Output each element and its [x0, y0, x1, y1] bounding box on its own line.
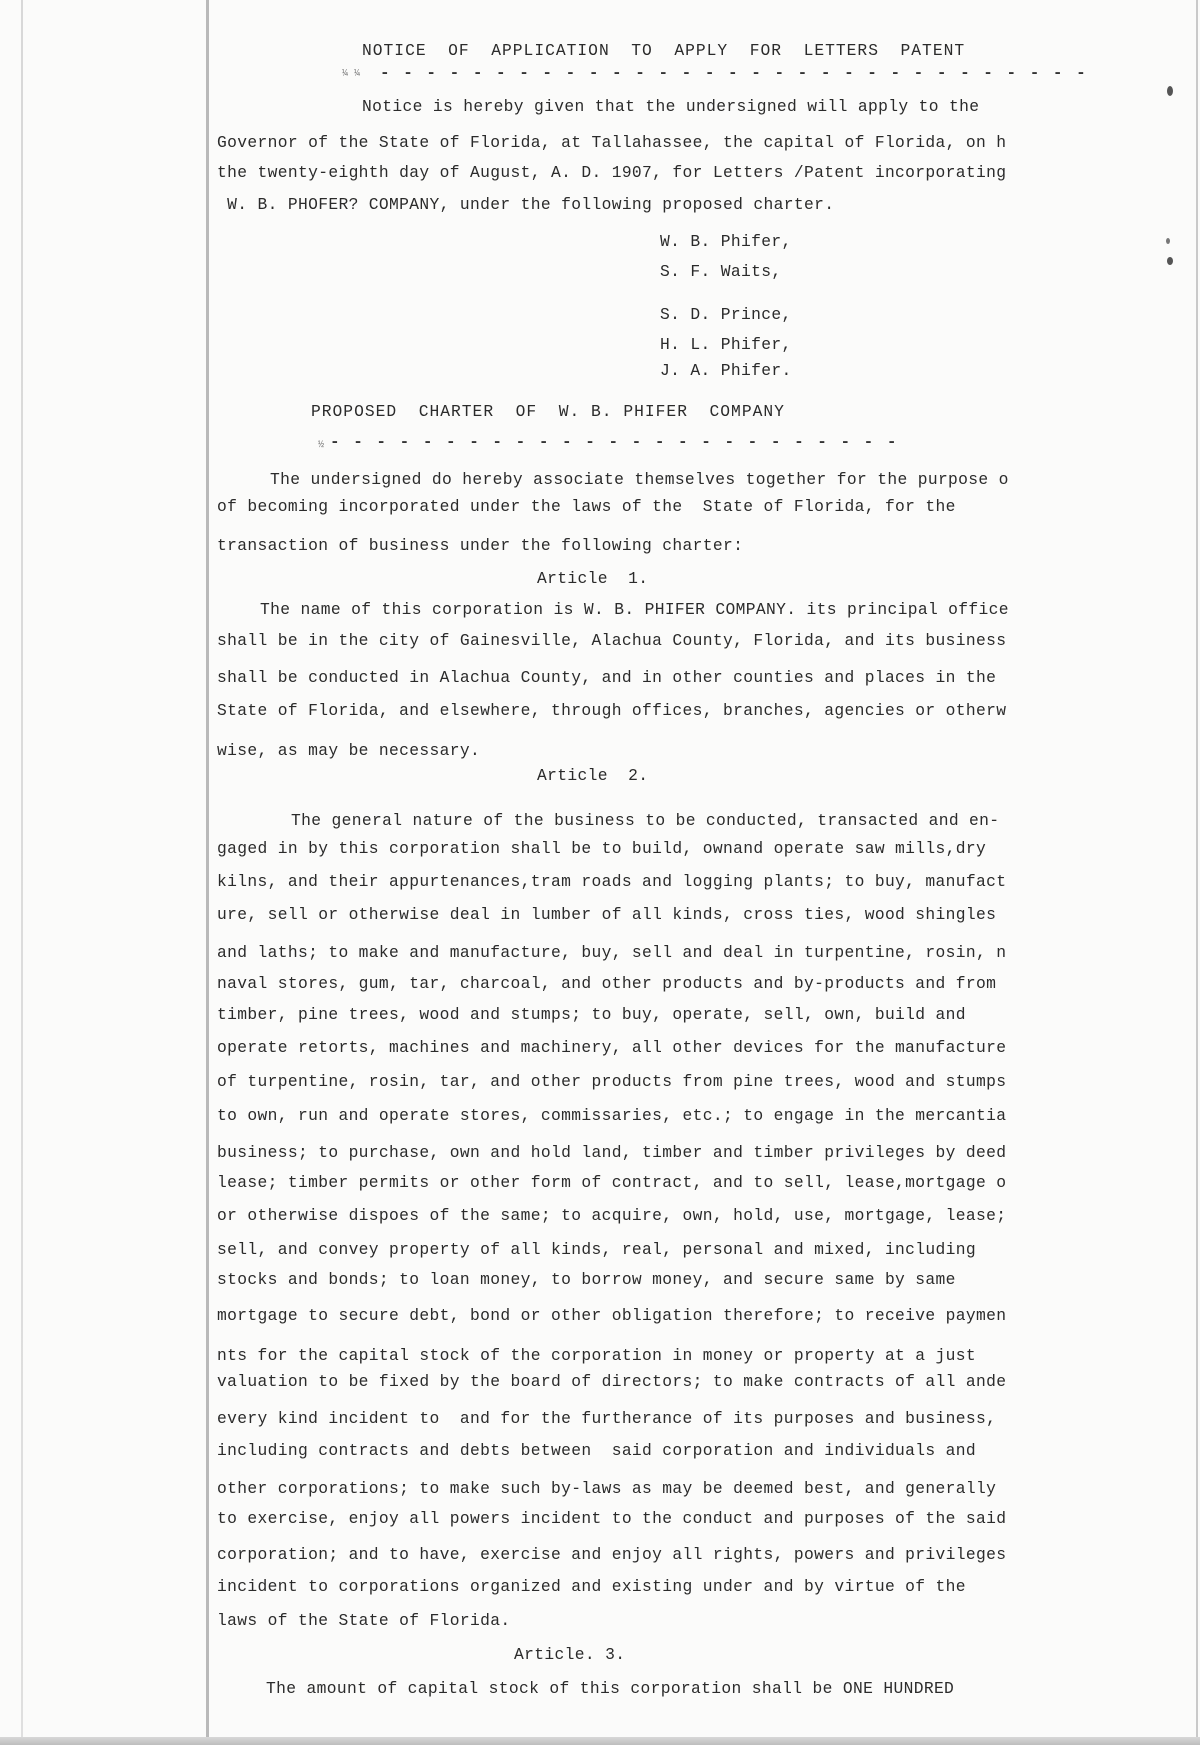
article-text-line: The general nature of the business to be… [291, 811, 999, 830]
notice-underline-rule: - - - - - - - - - - - - - - - - - - - - … [380, 64, 1088, 82]
article-text-line: naval stores, gum, tar, charcoal, and ot… [217, 974, 996, 993]
fraction-mark: ½ [318, 440, 324, 451]
article-text-line: The amount of capital stock of this corp… [266, 1679, 954, 1698]
article-text-line: of turpentine, rosin, tar, and other pro… [217, 1072, 1006, 1091]
article-text-line: corporation; and to have, exercise and e… [217, 1545, 1006, 1564]
article-text-line: to exercise, enjoy all powers incident t… [217, 1509, 1006, 1528]
article-text-line: wise, as may be necessary. [217, 741, 480, 760]
bottom-page-edge [0, 1737, 1200, 1745]
article-text-line: lease; timber permits or other form of c… [217, 1173, 1006, 1192]
article-text-line: to own, run and operate stores, commissa… [217, 1106, 1006, 1125]
article-text-line: ure, sell or otherwise deal in lumber of… [217, 905, 996, 924]
article-text-line: shall be in the city of Gainesville, Ala… [217, 631, 1006, 650]
article-heading: Article. 3. [514, 1645, 625, 1664]
article-text-line: valuation to be fixed by the board of di… [217, 1372, 1006, 1391]
notice-line: W. B. PHOFER? COMPANY, under the followi… [217, 195, 834, 214]
charter-title: PROPOSED CHARTER OF W. B. PHIFER COMPANY [311, 402, 785, 421]
article-text-line: other corporations; to make such by-laws… [217, 1479, 996, 1498]
article-heading: Article 2. [537, 766, 648, 785]
article-text-line: The name of this corporation is W. B. PH… [260, 600, 1009, 619]
preamble-line: of becoming incorporated under the laws … [217, 497, 956, 516]
article-text-line: including contracts and debts between sa… [217, 1441, 976, 1460]
article-text-line: timber, pine trees, wood and stumps; to … [217, 1005, 966, 1024]
notice-line: the twenty-eighth day of August, A. D. 1… [217, 163, 1006, 182]
article-text-line: business; to purchase, own and hold land… [217, 1143, 1006, 1162]
article-text-line: or otherwise dispoes of the same; to acq… [217, 1206, 1006, 1225]
notice-line: Governor of the State of Florida, at Tal… [217, 133, 1006, 152]
binding-hole-mark [1167, 86, 1173, 96]
article-text-line: gaged in by this corporation shall be to… [217, 839, 986, 858]
binding-hole-mark [1166, 238, 1170, 244]
article-text-line: every kind incident to and for the furth… [217, 1409, 996, 1428]
article-text-line: operate retorts, machines and machinery,… [217, 1038, 1006, 1057]
article-text-line: incident to corporations organized and e… [217, 1577, 966, 1596]
preamble-line: transaction of business under the follow… [217, 536, 743, 555]
preamble-line: The undersigned do hereby associate them… [270, 470, 1009, 489]
left-margin-line [21, 0, 23, 1745]
article-text-line: laws of the State of Florida. [217, 1611, 511, 1630]
article-heading: Article 1. [537, 569, 648, 588]
right-page-edge [1196, 0, 1198, 1745]
article-text-line: stocks and bonds; to loan money, to borr… [217, 1270, 956, 1289]
signatory-name: S. D. Prince, [660, 305, 792, 324]
article-text-line: mortgage to secure debt, bond or other o… [217, 1306, 1006, 1325]
article-text-line: nts for the capital stock of the corpora… [217, 1346, 976, 1365]
article-text-line: and laths; to make and manufacture, buy,… [217, 943, 1006, 962]
article-text-line: shall be conducted in Alachua County, an… [217, 668, 996, 687]
signatory-name: S. F. Waits, [660, 262, 781, 281]
ruled-margin-line [206, 0, 209, 1745]
signatory-name: W. B. Phifer, [660, 232, 792, 251]
article-text-line: sell, and convey property of all kinds, … [217, 1240, 976, 1259]
article-text-line: State of Florida, and elsewhere, through… [217, 701, 1006, 720]
notice-title: NOTICE OF APPLICATION TO APPLY FOR LETTE… [362, 41, 965, 60]
notice-line: Notice is hereby given that the undersig… [362, 97, 979, 116]
scanned-document-page: NOTICE OF APPLICATION TO APPLY FOR LETTE… [0, 0, 1200, 1745]
binding-hole-mark [1167, 257, 1173, 265]
signatory-name: H. L. Phifer, [660, 335, 792, 354]
charter-underline-rule: - - - - - - - - - - - - - - - - - - - - … [330, 433, 898, 451]
fraction-mark: ¼ ¼ [342, 69, 360, 80]
signatory-name: J. A. Phifer. [660, 361, 792, 380]
article-text-line: kilns, and their appurtenances,tram road… [217, 872, 1006, 891]
